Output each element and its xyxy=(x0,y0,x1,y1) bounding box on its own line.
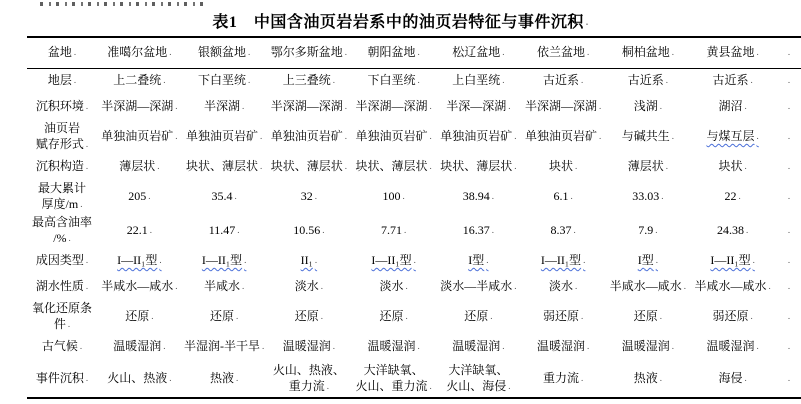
table-row: 成因类型I—II₁型I—II₁型II₁I—II₁型I型I—II₁型I型I—II₁… xyxy=(27,248,801,274)
table-cell: 薄层状 xyxy=(97,154,182,180)
table-cell: 块状、薄层状 xyxy=(182,154,267,180)
table-cell: I—II₁型 xyxy=(690,248,775,274)
table-row: 最大累计 厚度/m20535.43210038.946.133.0322 xyxy=(27,180,801,214)
table-cell: 块状、薄层状 xyxy=(351,154,436,180)
table-cell: 38.94 xyxy=(436,180,521,214)
table-cell: 热液 xyxy=(182,360,267,398)
table-cell: 浅湖 xyxy=(606,94,691,120)
table-cell: 大洋缺氧、 火山、重力流 xyxy=(351,360,436,398)
table-cell: I—II₁型 xyxy=(97,248,182,274)
table-cell: 100 xyxy=(351,180,436,214)
table-cell: I—II₁型 xyxy=(182,248,267,274)
table-header: 盆地 准噶尔盆地 银额盆地 鄂尔多斯盆地 朝阳盆地 松辽盆地 依兰盆地 桐柏盆地… xyxy=(27,37,801,68)
table-cell: 下白垩统 xyxy=(351,68,436,94)
table-cell: 上三叠统 xyxy=(267,68,352,94)
table-cell: 8.37 xyxy=(521,214,606,248)
table-title: 表1 中国含油页岩岩系中的油页岩特征与事件沉积 xyxy=(0,9,801,32)
table-cell: 热液 xyxy=(606,360,691,398)
column-header: 准噶尔盆地 xyxy=(97,37,182,68)
table-row: 湖水性质半咸水—咸水半咸水淡水淡水淡水—半咸水淡水半咸水—咸水半咸水—咸水 xyxy=(27,274,801,300)
table-cell: 半深湖—深湖 xyxy=(521,94,606,120)
row-label: 湖水性质 xyxy=(27,274,97,300)
table-cell: 薄层状 xyxy=(606,154,691,180)
table-cell: 还原 xyxy=(351,300,436,334)
table-cell: I型 xyxy=(606,248,691,274)
row-tail-mark xyxy=(775,248,801,274)
table-cell: 半深湖—深湖 xyxy=(351,94,436,120)
table-cell: 块状、薄层状 xyxy=(267,154,352,180)
table-cell: 还原 xyxy=(436,300,521,334)
table-cell: 205 xyxy=(97,180,182,214)
column-header: 松辽盆地 xyxy=(436,37,521,68)
row-tail-mark xyxy=(775,334,801,360)
table-cell: 24.38 xyxy=(690,214,775,248)
row-label: 沉积环境 xyxy=(27,94,97,120)
table-cell: 半深湖—深湖 xyxy=(267,94,352,120)
table-cell: 大洋缺氧、 火山、海侵 xyxy=(436,360,521,398)
table-cell: 温暖湿润 xyxy=(97,334,182,360)
table-row: 沉积环境半深湖—深湖半深湖半深湖—深湖半深湖—深湖半深—深湖半深湖—深湖浅湖湖沼 xyxy=(27,94,801,120)
table-cell: 温暖湿润 xyxy=(606,334,691,360)
row-tail-mark xyxy=(775,94,801,120)
table-cell: 湖沼 xyxy=(690,94,775,120)
table-cell: 温暖湿润 xyxy=(267,334,352,360)
column-header-basin: 盆地 xyxy=(27,37,97,68)
oil-shale-table: 盆地 准噶尔盆地 银额盆地 鄂尔多斯盆地 朝阳盆地 松辽盆地 依兰盆地 桐柏盆地… xyxy=(27,36,801,399)
table-cell: 重力流 xyxy=(521,360,606,398)
table-row: 最高含油率 /%22.111.4710.567.7116.378.377.924… xyxy=(27,214,801,248)
row-label: 油页岩 赋存形式 xyxy=(27,120,97,154)
table-row: 氧化还原条 件还原还原还原还原还原弱还原还原弱还原 xyxy=(27,300,801,334)
table-cell: 半咸水 xyxy=(182,274,267,300)
table-cell: 10.56 xyxy=(267,214,352,248)
table-cell: 半咸水—咸水 xyxy=(97,274,182,300)
table-cell: 单独油页岩矿 xyxy=(267,120,352,154)
table-cell: 淡水 xyxy=(521,274,606,300)
row-tail-mark xyxy=(775,274,801,300)
table-cell: 上白垩统 xyxy=(436,68,521,94)
table-cell: 还原 xyxy=(182,300,267,334)
column-header: 黄县盆地 xyxy=(690,37,775,68)
table-cell: 16.37 xyxy=(436,214,521,248)
table-cell: 半咸水—咸水 xyxy=(690,274,775,300)
table-cell: I型 xyxy=(436,248,521,274)
table-cell: 古近系 xyxy=(521,68,606,94)
table-cell: 淡水 xyxy=(267,274,352,300)
table-cell: 单独油页岩矿 xyxy=(351,120,436,154)
column-header: 银额盆地 xyxy=(182,37,267,68)
row-tail-mark xyxy=(775,120,801,154)
table-cell: 海侵 xyxy=(690,360,775,398)
table-cell: 单独油页岩矿 xyxy=(97,120,182,154)
row-tail-mark xyxy=(775,360,801,398)
column-header: 朝阳盆地 xyxy=(351,37,436,68)
table-row: 沉积构造薄层状块状、薄层状块状、薄层状块状、薄层状块状、薄层状块状薄层状块状 xyxy=(27,154,801,180)
table-cell: 弱还原 xyxy=(690,300,775,334)
row-tail-mark xyxy=(775,68,801,94)
table-cell: II₁ xyxy=(267,248,352,274)
row-label: 事件沉积 xyxy=(27,360,97,398)
document-page: 表1 中国含油页岩岩系中的油页岩特征与事件沉积 盆地 准噶尔盆地 银额盆地 鄂尔… xyxy=(0,0,801,404)
table-cell: 32 xyxy=(267,180,352,214)
table-cell: 温暖湿润 xyxy=(436,334,521,360)
table-cell: 还原 xyxy=(97,300,182,334)
table-body: 地层上二叠统下白垩统上三叠统下白垩统上白垩统古近系古近系古近系沉积环境半深湖—深… xyxy=(27,68,801,398)
row-label: 地层 xyxy=(27,68,97,94)
header-tail-mark xyxy=(775,37,801,68)
table-cell: 7.71 xyxy=(351,214,436,248)
table-cell: 温暖湿润 xyxy=(521,334,606,360)
table-cell: 半咸水—咸水 xyxy=(606,274,691,300)
table-cell: 火山、热液 xyxy=(97,360,182,398)
table-row: 地层上二叠统下白垩统上三叠统下白垩统上白垩统古近系古近系古近系 xyxy=(27,68,801,94)
table-cell: 半深—深湖 xyxy=(436,94,521,120)
table-cell: 半深湖 xyxy=(182,94,267,120)
column-header: 鄂尔多斯盆地 xyxy=(267,37,352,68)
table-cell: 块状 xyxy=(521,154,606,180)
row-label: 最高含油率 /% xyxy=(27,214,97,248)
table-cell: I—II₁型 xyxy=(521,248,606,274)
table-row: 事件沉积火山、热液热液火山、热液、 重力流大洋缺氧、 火山、重力流大洋缺氧、 火… xyxy=(27,360,801,398)
table-cell: 块状、薄层状 xyxy=(436,154,521,180)
table-cell: 温暖湿润 xyxy=(690,334,775,360)
table-cell: 还原 xyxy=(606,300,691,334)
table-cell: 22.1 xyxy=(97,214,182,248)
table-cell: 块状 xyxy=(690,154,775,180)
column-header: 桐柏盆地 xyxy=(606,37,691,68)
table-cell: 单独油页岩矿 xyxy=(436,120,521,154)
table-cell: 与碱共生 xyxy=(606,120,691,154)
table-cell: 古近系 xyxy=(690,68,775,94)
column-header: 依兰盆地 xyxy=(521,37,606,68)
row-label: 最大累计 厚度/m xyxy=(27,180,97,214)
table-cell: 下白垩统 xyxy=(182,68,267,94)
table-cell: 淡水 xyxy=(351,274,436,300)
table-cell: 古近系 xyxy=(606,68,691,94)
row-tail-mark xyxy=(775,154,801,180)
table-cell: 7.9 xyxy=(606,214,691,248)
row-tail-mark xyxy=(775,180,801,214)
table-row: 古气候温暖湿润半湿润-半干旱温暖湿润温暖湿润温暖湿润温暖湿润温暖湿润温暖湿润 xyxy=(27,334,801,360)
table-cell: 22 xyxy=(690,180,775,214)
table-cell: 单独油页岩矿 xyxy=(521,120,606,154)
row-label: 沉积构造 xyxy=(27,154,97,180)
row-label: 古气候 xyxy=(27,334,97,360)
clipped-text-fragment xyxy=(40,2,205,6)
table-cell: 6.1 xyxy=(521,180,606,214)
table-cell: 半深湖—深湖 xyxy=(97,94,182,120)
table-cell: 35.4 xyxy=(182,180,267,214)
row-label: 氧化还原条 件 xyxy=(27,300,97,334)
table-cell: 33.03 xyxy=(606,180,691,214)
row-tail-mark xyxy=(775,214,801,248)
table-cell: I—II₁型 xyxy=(351,248,436,274)
header-row: 盆地 准噶尔盆地 银额盆地 鄂尔多斯盆地 朝阳盆地 松辽盆地 依兰盆地 桐柏盆地… xyxy=(27,37,801,68)
row-label: 成因类型 xyxy=(27,248,97,274)
table-cell: 淡水—半咸水 xyxy=(436,274,521,300)
table-row: 油页岩 赋存形式单独油页岩矿单独油页岩矿单独油页岩矿单独油页岩矿单独油页岩矿单独… xyxy=(27,120,801,154)
table-cell: 火山、热液、 重力流 xyxy=(267,360,352,398)
table-cell: 单独油页岩矿 xyxy=(182,120,267,154)
table-cell: 与煤互层 xyxy=(690,120,775,154)
table-cell: 温暖湿润 xyxy=(351,334,436,360)
table-cell: 上二叠统 xyxy=(97,68,182,94)
table-cell: 弱还原 xyxy=(521,300,606,334)
table-cell: 11.47 xyxy=(182,214,267,248)
table-cell: 还原 xyxy=(267,300,352,334)
row-tail-mark xyxy=(775,300,801,334)
table-cell: 半湿润-半干旱 xyxy=(182,334,267,360)
